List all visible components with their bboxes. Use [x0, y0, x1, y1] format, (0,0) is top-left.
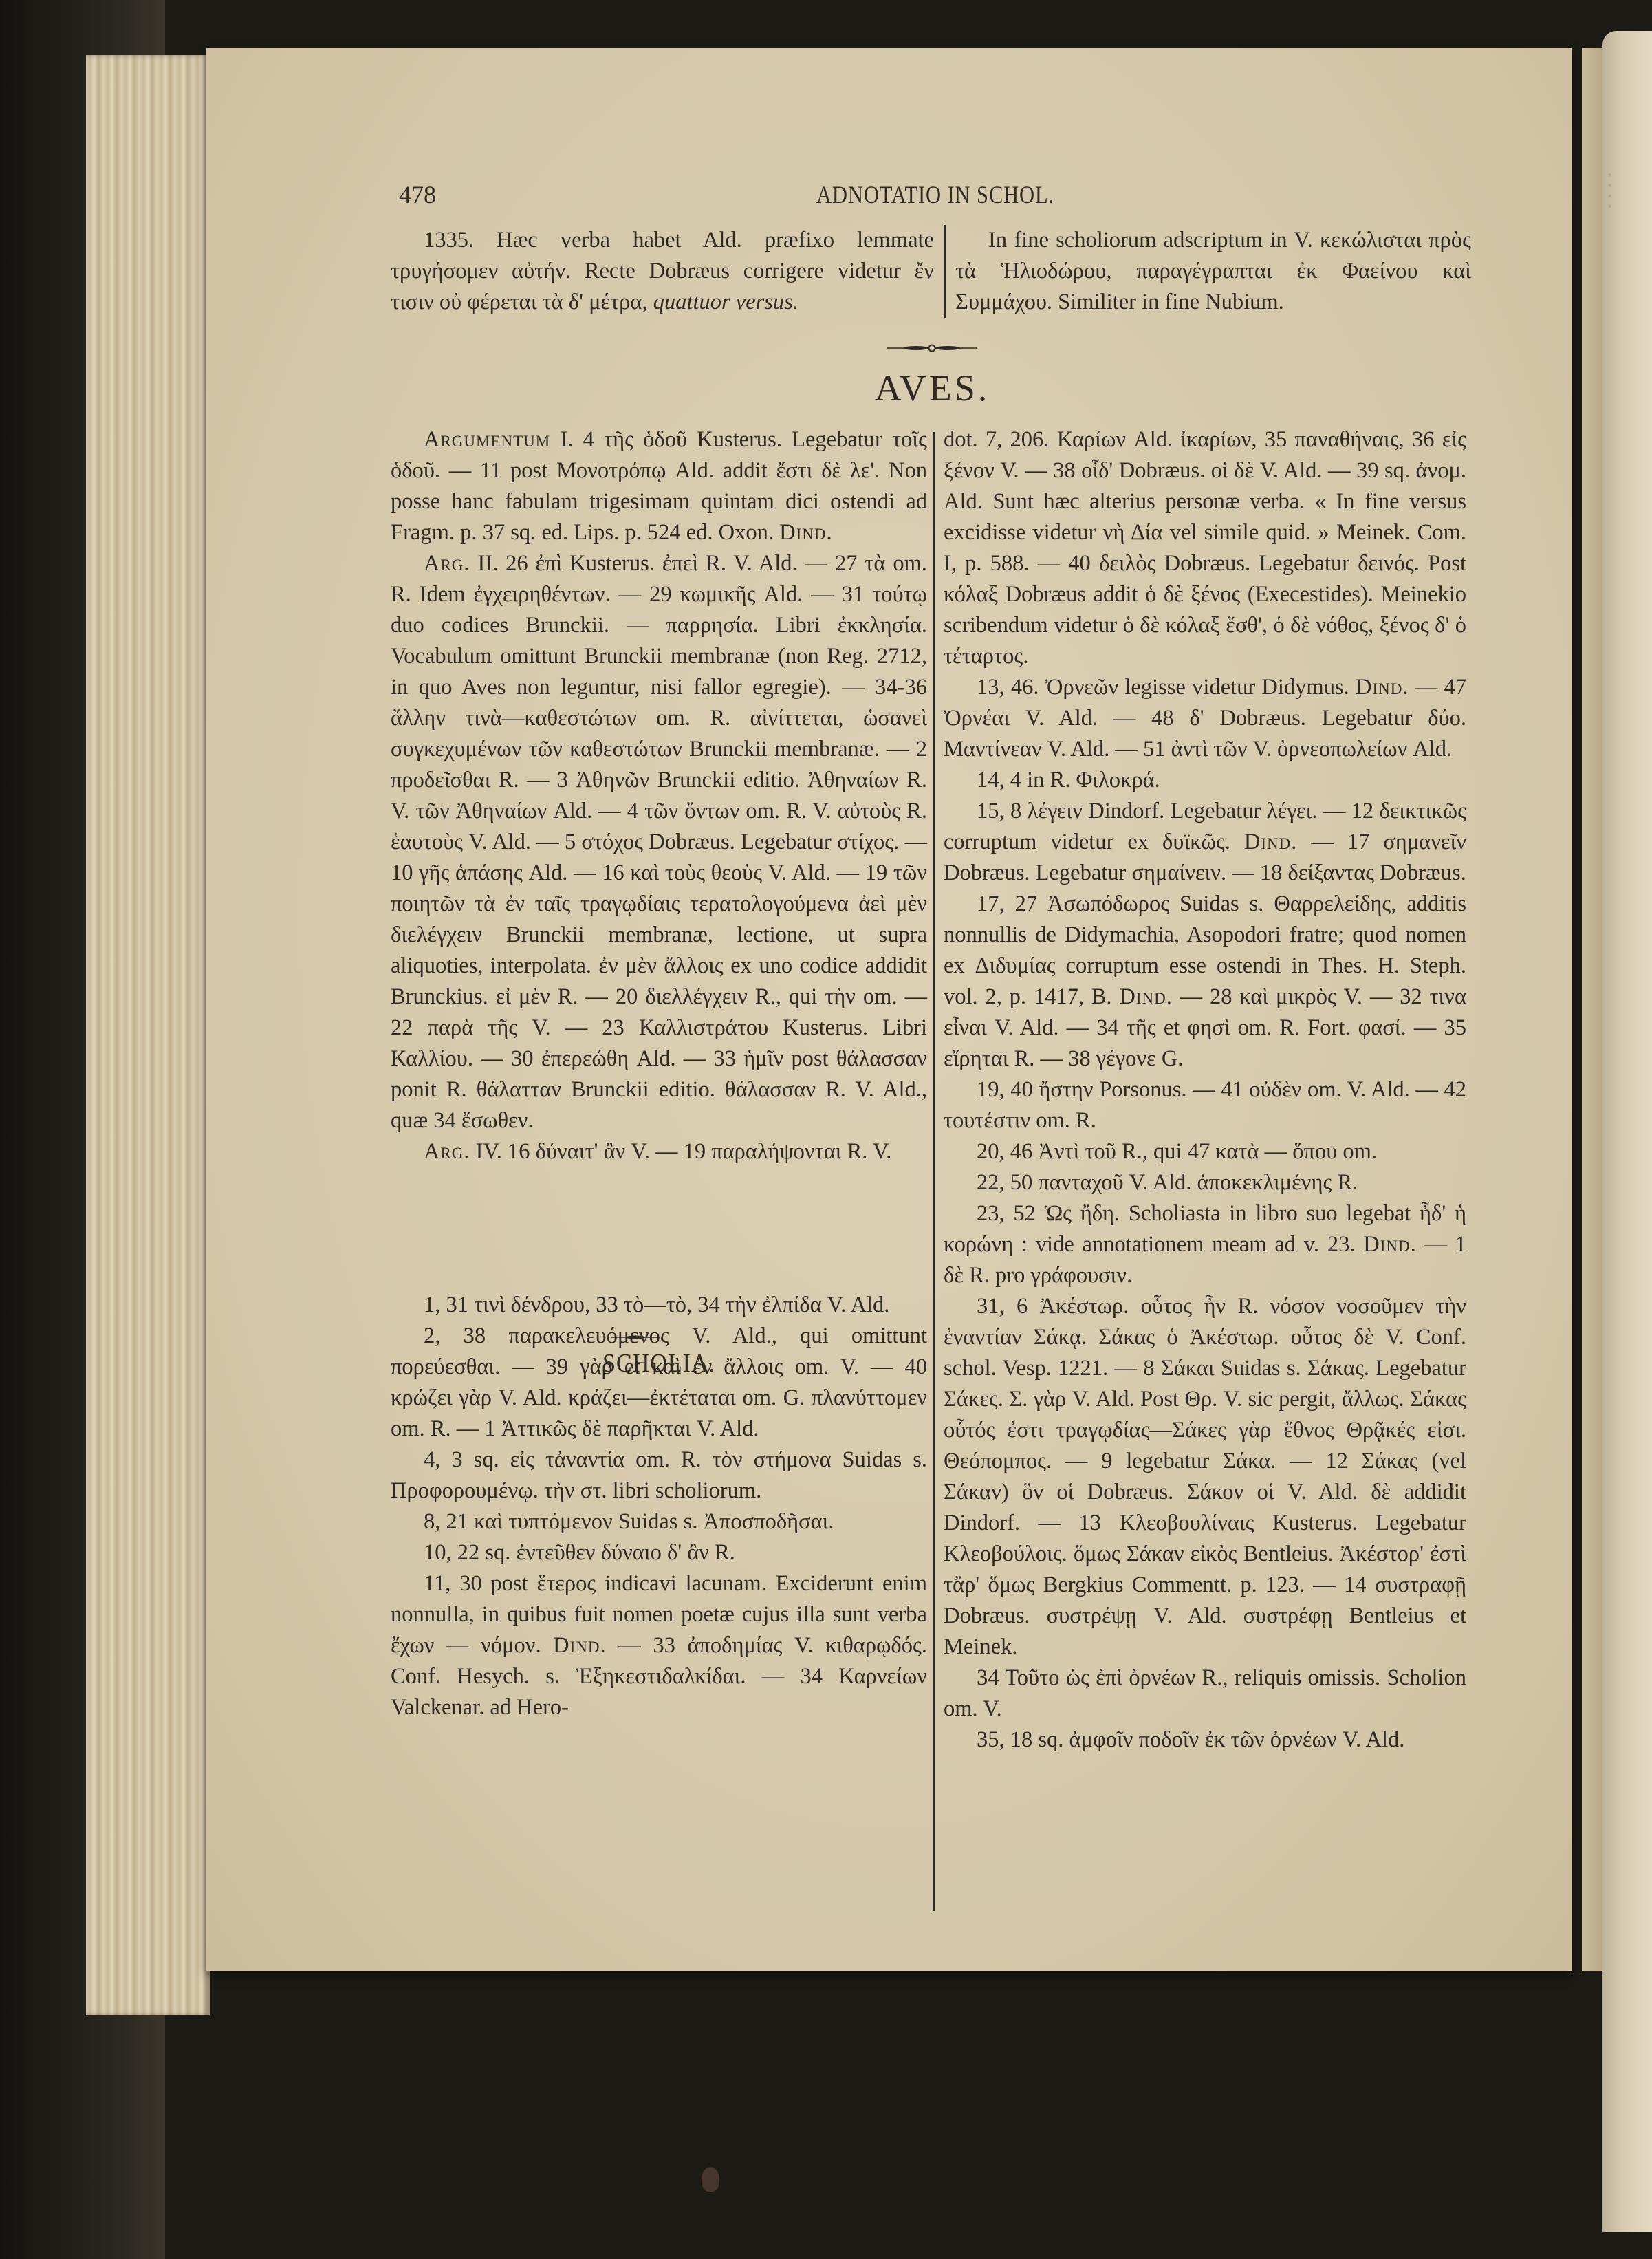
- right-column: dot. 7, 206. Καρίων Ald. ἰκαρίων, 35 παν…: [944, 424, 1466, 1755]
- signature-dind: Dind.: [1363, 1232, 1416, 1257]
- scholion-19: 19, 40 ἤστην Porsonus. — 41 οὐδὲν om. V.…: [944, 1074, 1466, 1136]
- scholion-11: 11, 30 post ἕτερος indicavi lacunam. Exc…: [391, 1568, 927, 1723]
- argumentum-4: Arg. IV. 16 δύναιτ' ἂν V. — 19 παραλήψον…: [391, 1136, 927, 1167]
- page-edges-left: [86, 55, 210, 2015]
- argumentum-2-text: II. 26 ἐπὶ Kusterus. ἐπεὶ R. V. Ald. — 2…: [391, 551, 927, 1133]
- scholion-23: 23, 52 Ὡς ἤδη. Scholiasta in libro suo l…: [944, 1198, 1466, 1291]
- scholion-1: 1, 31 τινὶ δένδρου, 33 τὸ—τὸ, 34 τὴν ἐλπ…: [391, 1290, 927, 1321]
- scholion-10: 10, 22 sq. ἐντεῦθεν δύναιο δ' ἂν R.: [391, 1537, 927, 1568]
- scholion-13: 13, 46. Ὀρνεῶν legisse videtur Didymus. …: [944, 672, 1466, 765]
- scholion-17: 17, 27 Ἀσωπόδωρος Suidas s. Θαρρελείδης,…: [944, 889, 1466, 1074]
- note-colophon: In fine scholiorum adscriptum in V. κεκώ…: [955, 225, 1471, 318]
- arg-label: Arg.: [424, 1139, 470, 1164]
- top-note-left: 1335. Hæc verba habet Ald. præfixo lemma…: [391, 225, 934, 318]
- signature-dind: Dind.: [1356, 675, 1409, 700]
- argumentum-1: Argumentum I. 4 τῆς ὁδοῦ Kusterus. Legeb…: [391, 424, 927, 548]
- column-divider-top: [944, 225, 946, 318]
- section-title-aves: AVES.: [391, 367, 1474, 409]
- scholion-22: 22, 50 πανταχοῦ V. Ald. ἀποκεκλιμένης R.: [944, 1167, 1466, 1198]
- scholion-8: 8, 21 καὶ τυπτόμενον Suidas s. Ἀποσποδῆσ…: [391, 1506, 927, 1537]
- subsection-title-scholia: SCHOLIA.: [417, 1348, 900, 1379]
- paper-stain: [702, 2167, 719, 2192]
- running-head: 478 ADNOTATIO IN SCHOL.: [399, 180, 1472, 215]
- signature-dind: Dind.: [1119, 984, 1172, 1009]
- scholion-4: 4, 3 sq. εἰς τἀναντία om. R. τὸν στήμονα…: [391, 1445, 927, 1506]
- top-note-right: In fine scholiorum adscriptum in V. κεκώ…: [955, 225, 1471, 318]
- scholion-31: 31, 6 Ἀκέστωρ. οὗτος ἦν R. νόσον νοσοῦμε…: [944, 1291, 1466, 1663]
- page-number: 478: [399, 180, 436, 209]
- left-column: Argumentum I. 4 τῆς ὁδοῦ Kusterus. Legeb…: [391, 424, 927, 1723]
- note-1335-italic: quattuor versus.: [653, 290, 798, 314]
- scholion-15: 15, 8 λέγειν Dindorf. Legebatur λέγει. —…: [944, 796, 1466, 889]
- argumentum-label: Argumentum: [424, 427, 550, 452]
- argumentum-4-text: IV. 16 δύναιτ' ἂν V. — 19 παραλήψονται R…: [470, 1139, 892, 1164]
- ornament-rule-icon: [887, 343, 977, 353]
- continuation-text: dot. 7, 206. Καρίων Ald. ἰκαρίων, 35 παν…: [944, 424, 1466, 672]
- small-rule-icon: [611, 1334, 660, 1344]
- spacer: [391, 1167, 927, 1290]
- next-page-edge: [1602, 31, 1652, 2232]
- signature-dind: Dind.: [553, 1633, 606, 1658]
- scholion-13-text: 13, 46. Ὀρνεῶν legisse videtur Didymus.: [977, 675, 1356, 700]
- signature-dind: Dind.: [779, 520, 832, 545]
- column-divider-main: [933, 432, 935, 1911]
- signature-dind: Dind.: [1244, 830, 1297, 854]
- top-notes-block: 1335. Hæc verba habet Ald. præfixo lemma…: [391, 225, 1474, 318]
- arg-label: Arg.: [424, 551, 470, 576]
- next-page-bleed-text: · · · ·: [1616, 172, 1651, 209]
- scholion-20: 20, 46 Ἀντὶ τοῦ R., qui 47 κατὰ — ὅπου o…: [944, 1136, 1466, 1167]
- scholion-14-text: 14, 4 in R. Φιλοκρά.: [977, 768, 1160, 792]
- scholion-35: 35, 18 sq. ἀμφοῖν ποδοῖν ἐκ τῶν ὀρνέων V…: [944, 1725, 1466, 1755]
- argumentum-2: Arg. II. 26 ἐπὶ Kusterus. ἐπεὶ R. V. Ald…: [391, 548, 927, 1136]
- scholion-34: 34 Τοῦτο ὡς ἐπὶ ὀρνέων R., reliquis omis…: [944, 1663, 1466, 1725]
- page-gutter: [1582, 48, 1602, 1971]
- note-1335: 1335. Hæc verba habet Ald. præfixo lemma…: [391, 225, 934, 318]
- running-title: ADNOTATIO IN SCHOL.: [479, 180, 1391, 209]
- scholion-14: 14, 4 in R. Φιλοκρά.: [944, 765, 1466, 796]
